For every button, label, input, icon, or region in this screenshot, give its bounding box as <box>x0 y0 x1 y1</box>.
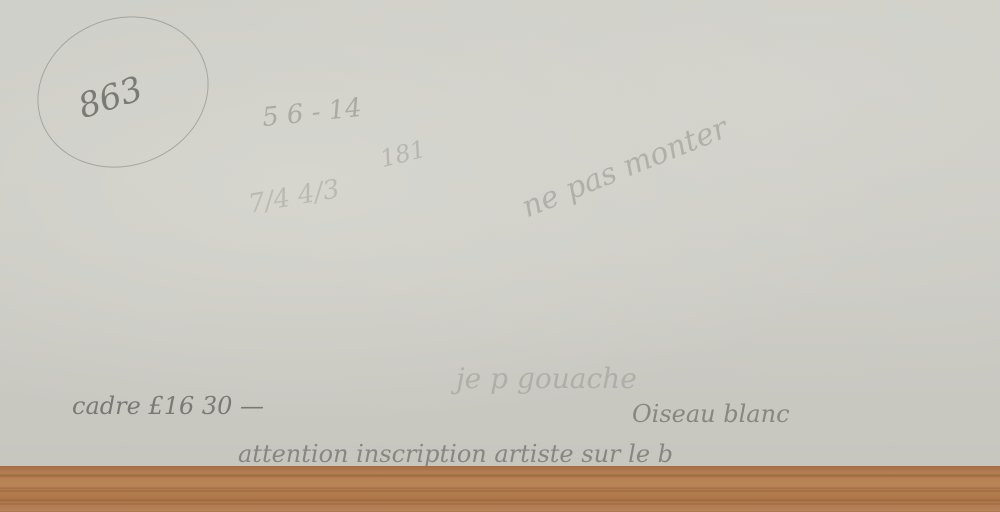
wood-grain <box>0 474 1000 476</box>
paper-background: 863 5 6 - 14 181 7/4 4/3 ne pas monter c… <box>0 0 1000 466</box>
middle-note: je p gouache <box>456 362 637 395</box>
wood-grain <box>0 503 1000 505</box>
oiseau-note: Oiseau blanc <box>632 400 790 428</box>
bottom-note: attention inscription artiste sur le b <box>238 440 673 468</box>
wooden-frame-edge <box>0 466 1000 512</box>
top-numbers-line1: 5 6 - 14 <box>261 93 363 133</box>
price-line: cadre £16 30 — <box>72 392 264 420</box>
diagonal-note: ne pas monter <box>517 111 733 225</box>
top-numbers-line2: 181 <box>377 135 428 173</box>
wood-grain <box>0 490 1000 492</box>
faint-numbers-left: 7/4 4/3 <box>246 174 342 220</box>
